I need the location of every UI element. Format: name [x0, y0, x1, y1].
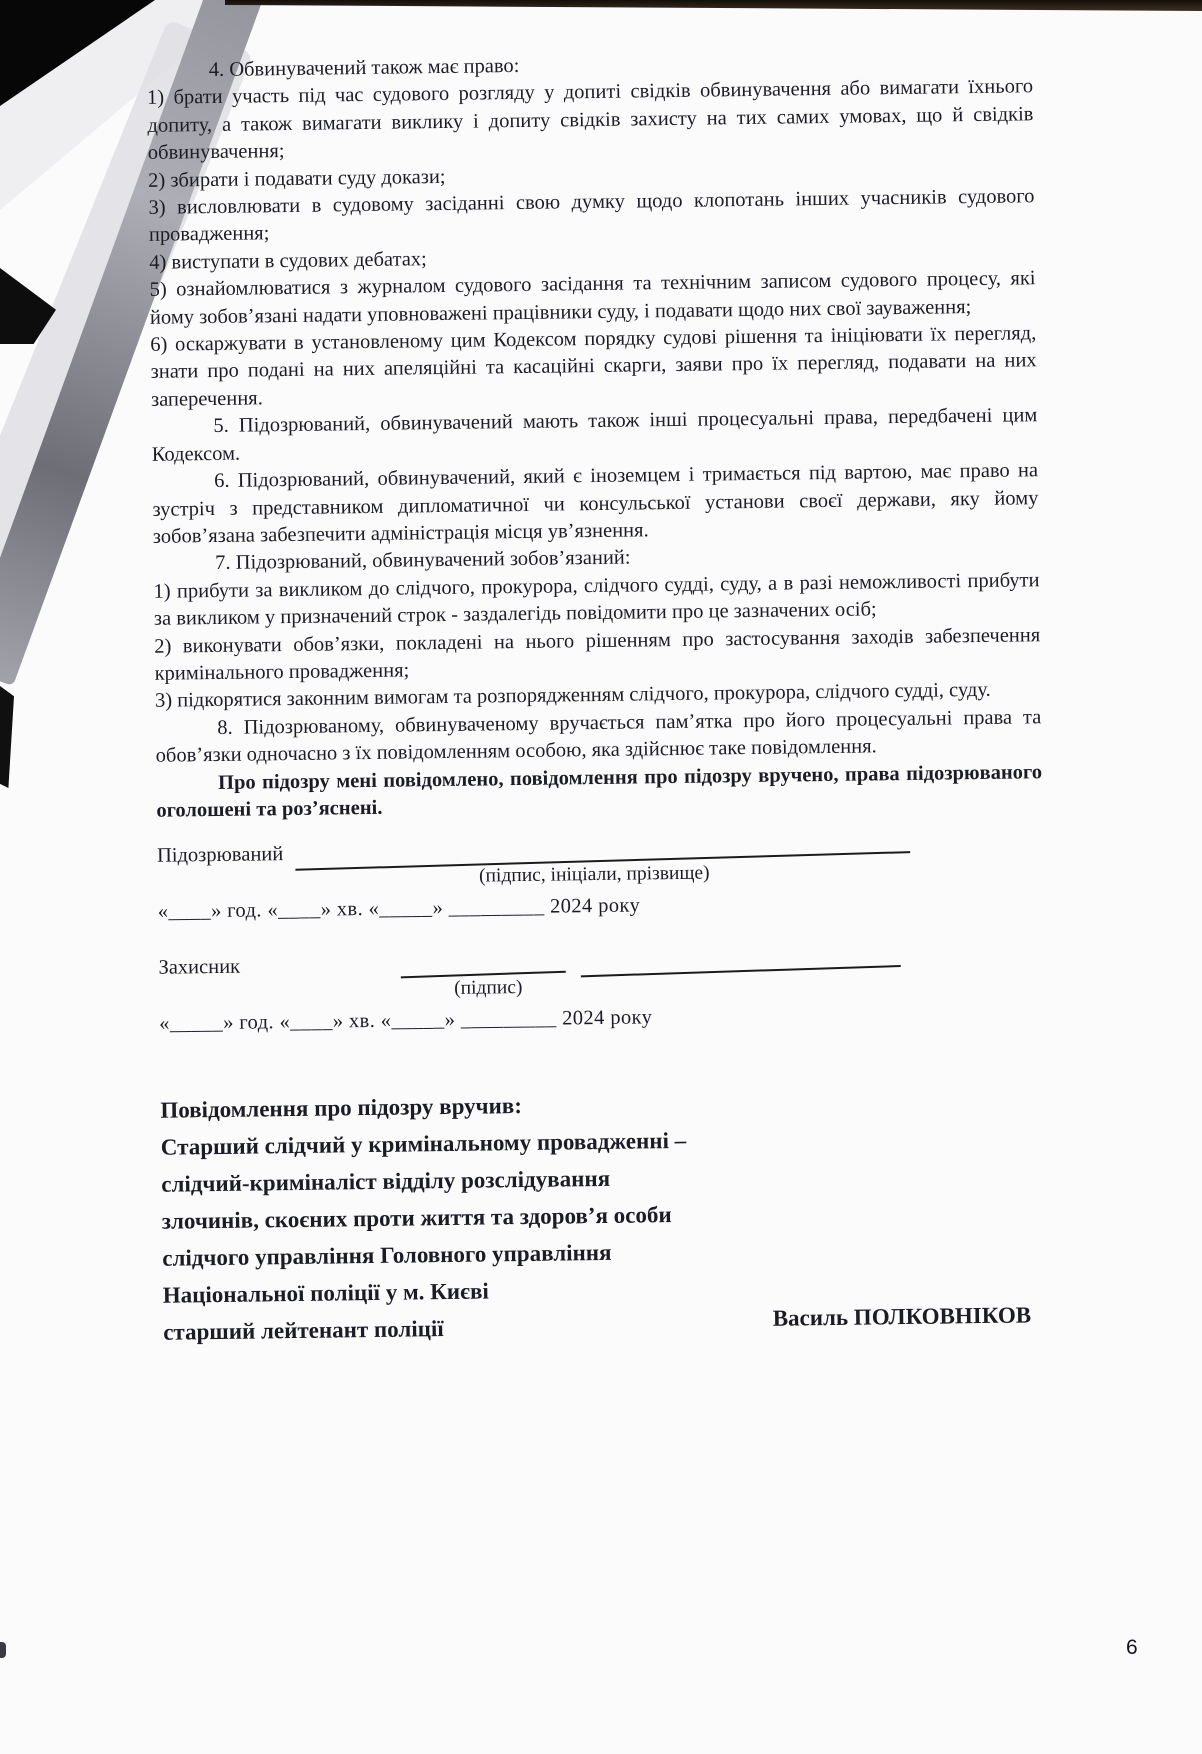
scanned-document-page: 4. Обвинувачений також має право: 1) бра… — [0, 0, 1202, 1754]
defender-name-line — [580, 943, 901, 977]
defender-signature-row: Захисник — [158, 945, 1044, 981]
scan-artifact-top-edge-bar — [225, 0, 1202, 11]
suspect-signature-row: Підозрюваний — [157, 834, 1043, 869]
officer-block: Повідомлення про підозру вручив: Старший… — [160, 1081, 1049, 1352]
defender-label: Захисник — [158, 956, 240, 980]
section-4-item-6: 6) оскаржувати в установленому цим Кодек… — [150, 320, 1037, 414]
document-body: 4. Обвинувачений також має право: 1) бра… — [147, 46, 1050, 1351]
scan-artifact-left-edge-strip — [0, 686, 14, 788]
suspect-label: Підозрюваний — [157, 844, 284, 869]
section-6-paragraph: 6. Підозрюваний, обвинувачений, який є і… — [152, 457, 1039, 551]
scan-artifact-left-edge-dot — [0, 1642, 6, 1658]
section-4-item-1: 1) брати участь під час судового розгляд… — [147, 74, 1034, 168]
defender-signature-caption: (підпис) — [441, 977, 536, 1000]
officer-rank: старший лейтенант поліції — [163, 1310, 444, 1351]
defender-signature-line — [400, 953, 566, 979]
defender-date-line: «_____» год. «____» хв. «_____» ________… — [159, 1002, 1045, 1037]
officer-name: Василь ПОЛКОВНІКОВ — [772, 1297, 1031, 1337]
suspect-date-line: «____» год. «____» хв. «_____» _________… — [158, 890, 1044, 925]
acknowledgement-paragraph: Про підозру мені повідомлено, повідомлен… — [156, 759, 1043, 825]
page-number: 6 — [1126, 1636, 1138, 1660]
